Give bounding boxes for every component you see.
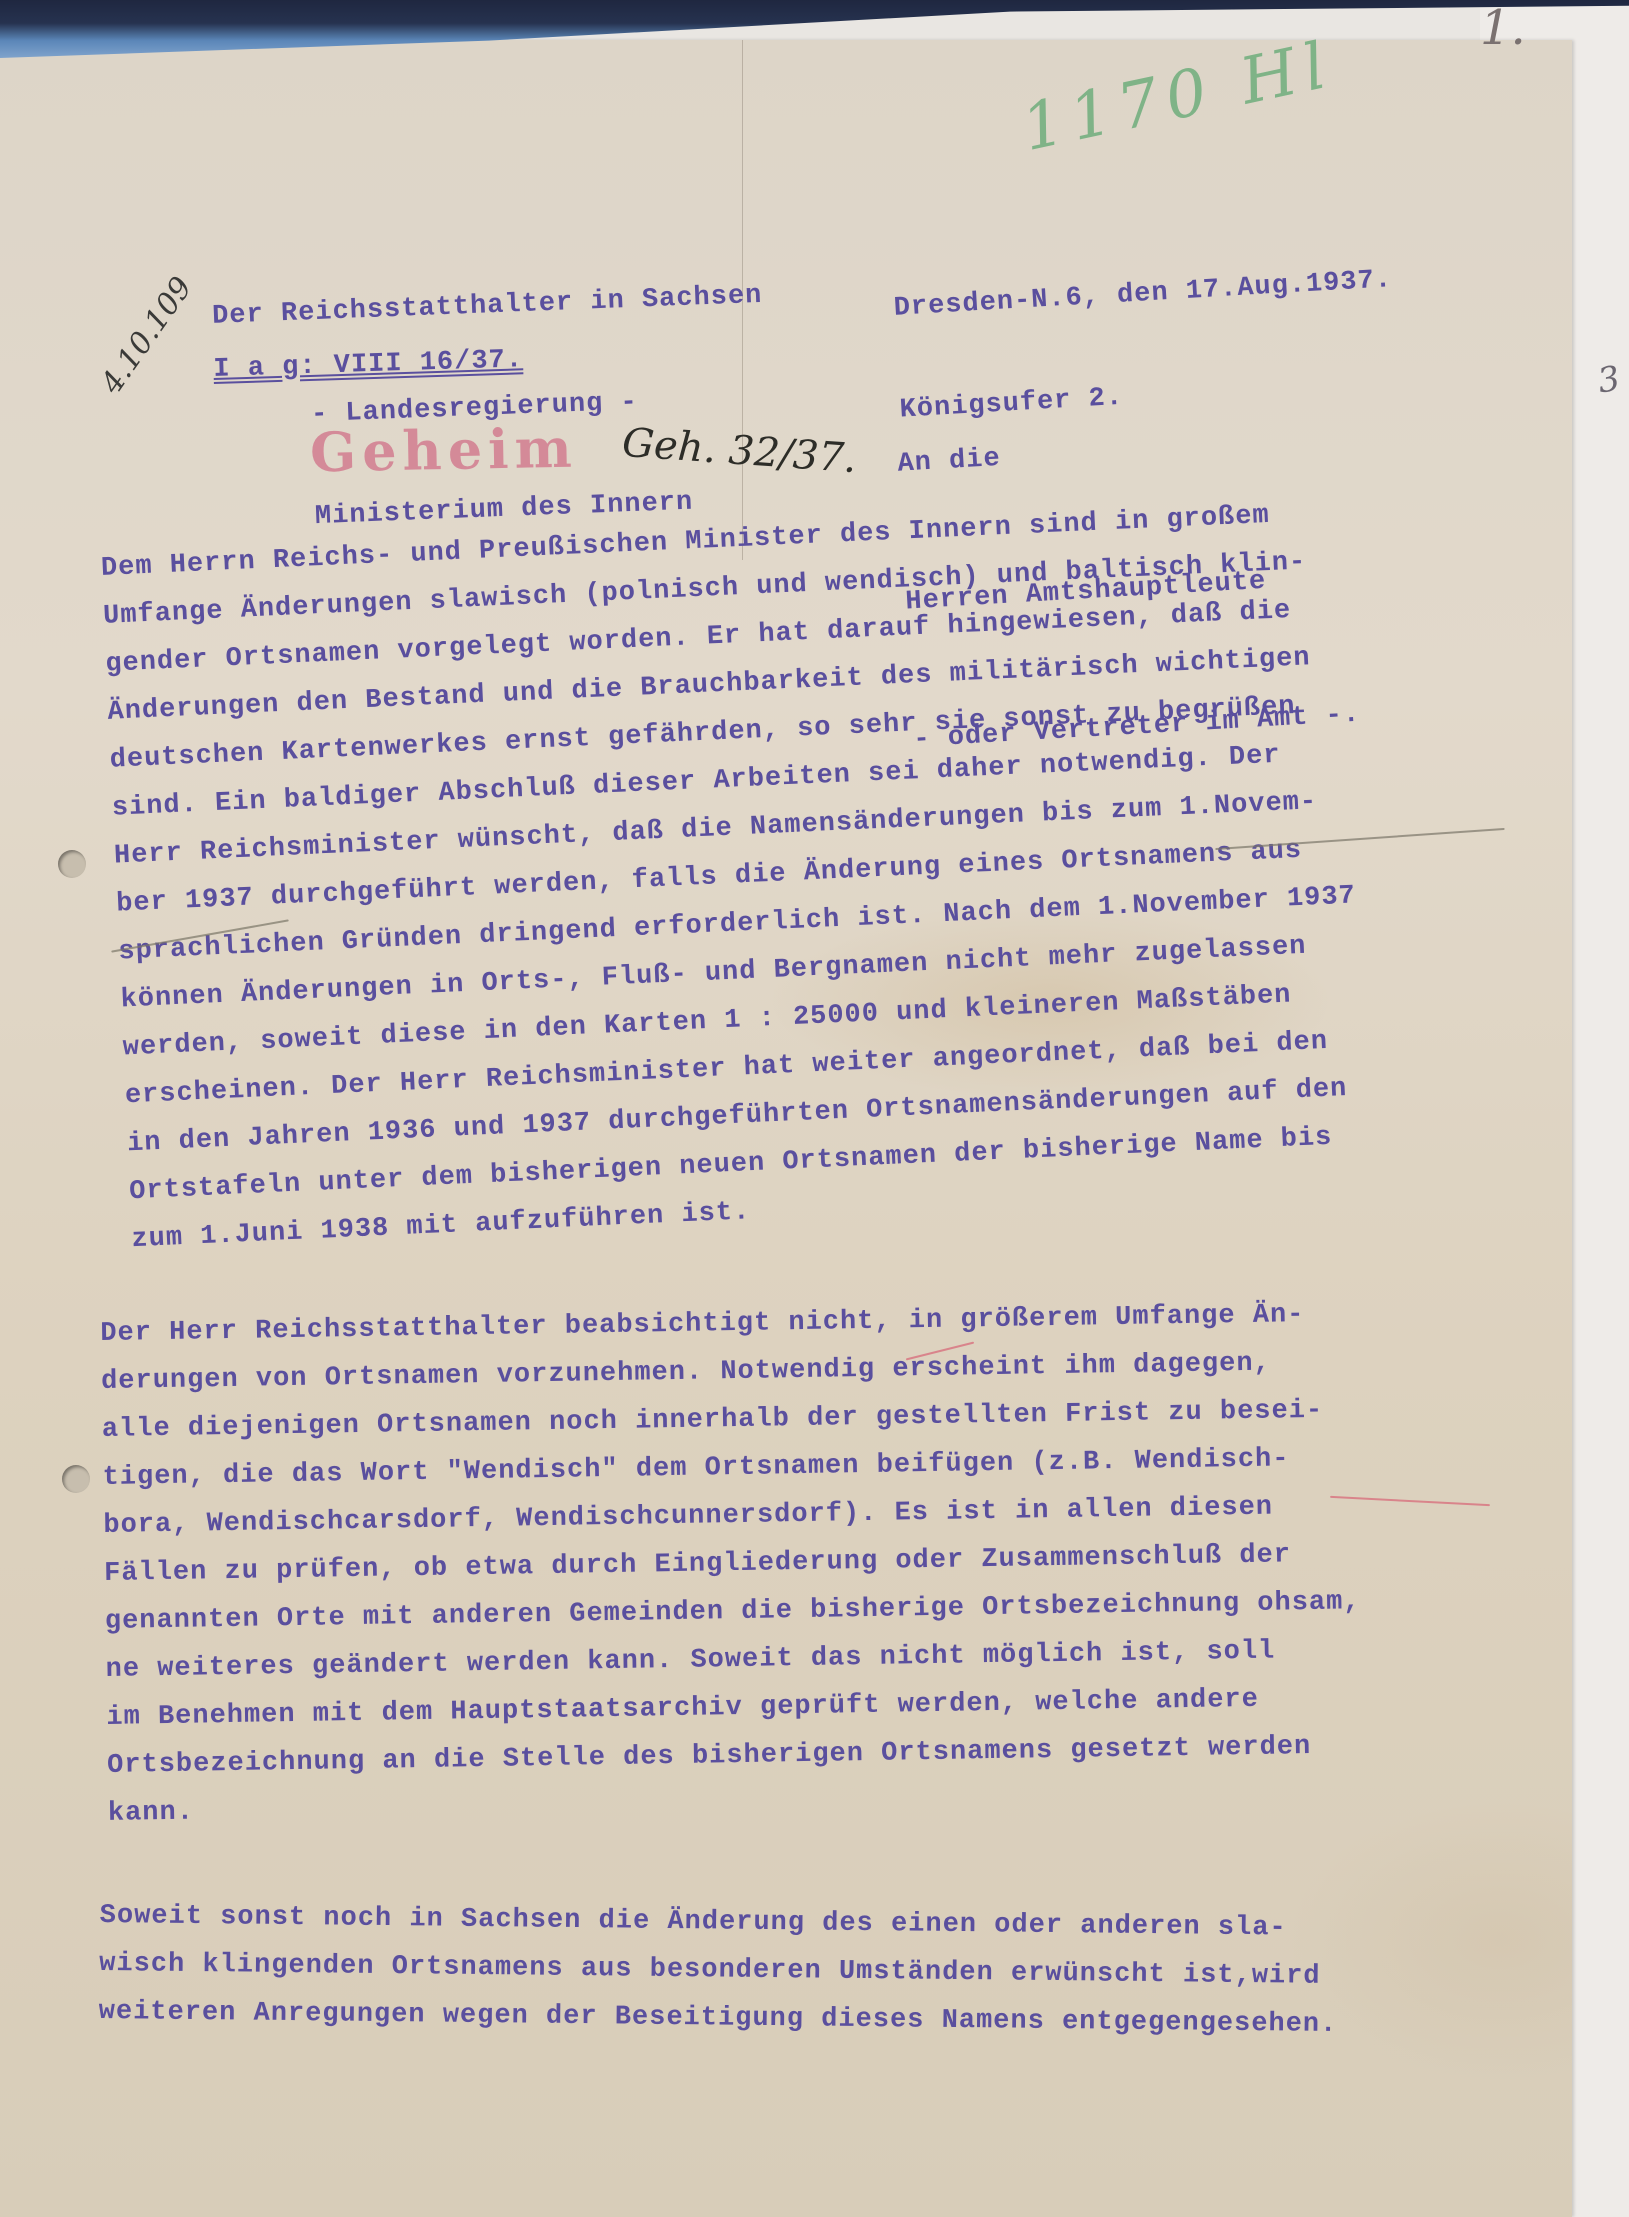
page-number-handwritten: 1. <box>1480 0 1526 56</box>
punch-hole <box>62 1465 90 1493</box>
paragraph-2: Der Herr Reichsstatthalter beabsichtigt … <box>100 1290 1364 1838</box>
paragraph-3: Soweit sonst noch in Sachsen die Änderun… <box>98 1892 1338 2049</box>
punch-hole <box>58 850 86 878</box>
place-date-line: Dresden-N.6, den 17.Aug.1937. <box>893 263 1393 326</box>
recipient-line-1: An die <box>896 416 1345 488</box>
sender-line-1: Der Reichsstatthalter in Sachsen <box>212 279 763 334</box>
paragraph-1: Dem Herrn Reichs- und Preußischen Minist… <box>100 489 1370 1264</box>
secret-stamp: Geheim <box>309 416 578 485</box>
